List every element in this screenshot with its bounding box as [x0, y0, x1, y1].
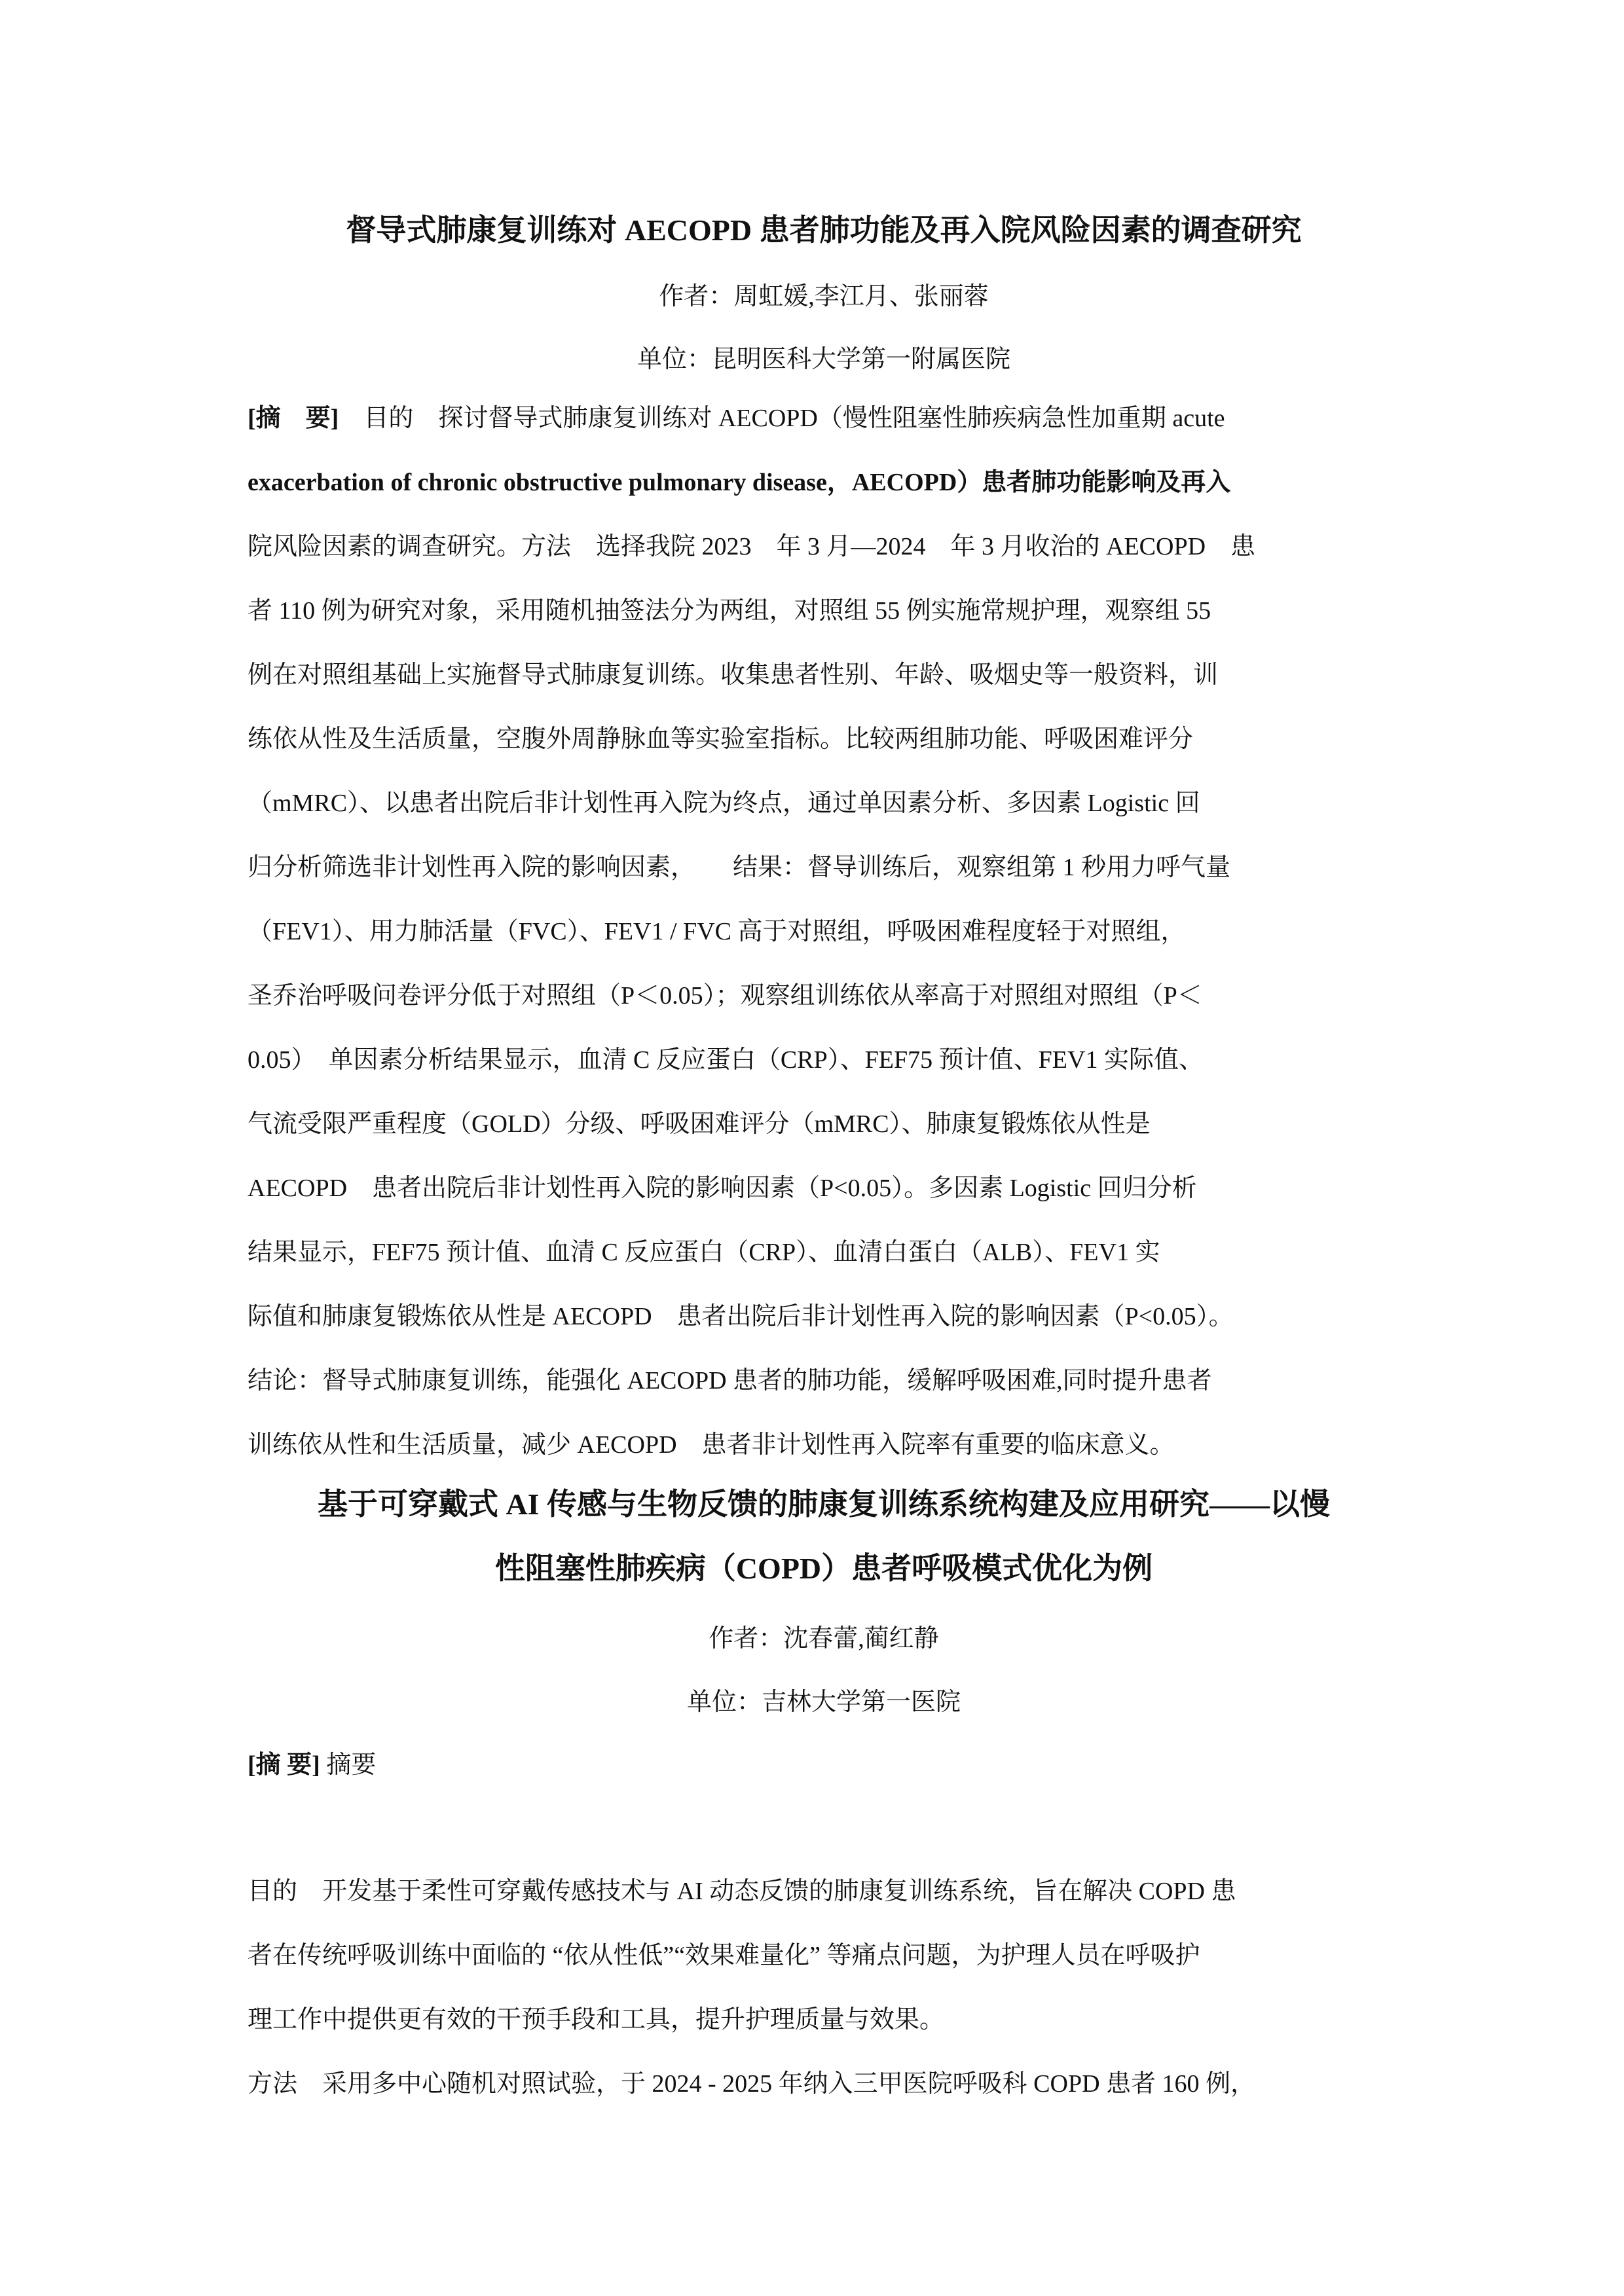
abstract-line: 院风险因素的调查研究。方法 选择我院 2023 年 3 月—2024 年 3 月…: [248, 515, 1401, 579]
paper2-abstract-header: [摘 要] 摘要: [248, 1733, 1401, 1797]
body-line: 者在传统呼吸训练中面临的 “依从性低”“效果难量化” 等痛点问题，为护理人员在呼…: [248, 1923, 1401, 1988]
abstract-line: [摘 要] 目的 探讨督导式肺康复训练对 AECOPD（慢性阻塞性肺疾病急性加重…: [248, 386, 1401, 450]
body-line: 目的 开发基于柔性可穿戴传感技术与 AI 动态反馈的肺康复训练系统，旨在解决 C…: [248, 1859, 1401, 1923]
abstract-line: 归分析筛选非计划性再入院的影响因素， 结果：督导训练后，观察组第 1 秒用力呼气…: [248, 835, 1401, 900]
abstract-line: AECOPD 患者出院后非计划性再入院的影响因素（P<0.05）。多因素 Log…: [248, 1156, 1401, 1220]
paper2-authors: 作者：沈春蕾,蔺红静: [248, 1622, 1400, 1655]
paper2-body: 目的 开发基于柔性可穿戴传感技术与 AI 动态反馈的肺康复训练系统，旨在解决 C…: [248, 1859, 1401, 2116]
abstract-line: 圣乔治呼吸问卷评分低于对照组（P＜0.05）；观察组训练依从率高于对照组对照组（…: [248, 964, 1401, 1028]
paper1-title: 督导式肺康复训练对 AECOPD 患者肺功能及再入院风险因素的调查研究: [248, 211, 1400, 250]
abstract-heading: 摘要: [326, 1751, 376, 1779]
abstract-line: （FEV1）、用力肺活量（FVC）、FEV1 / FVC 高于对照组，呼吸困难程…: [248, 900, 1401, 964]
body-line: 理工作中提供更有效的干预手段和工具，提升护理质量与效果。: [248, 1988, 1401, 2052]
abstract-line: 结论：督导式肺康复训练，能强化 AECOPD 患者的肺功能，缓解呼吸困难,同时提…: [248, 1349, 1401, 1413]
paper2-title-line1: 基于可穿戴式 AI 传感与生物反馈的肺康复训练系统构建及应用研究——以慢: [248, 1485, 1400, 1524]
abstract-label: [摘 要]: [248, 1751, 320, 1779]
abstract-line: 练依从性及生活质量，空腹外周静脉血等实验室指标。比较两组肺功能、呼吸困难评分: [248, 707, 1401, 771]
abstract-line: 0.05） 单因素分析结果显示，血清 C 反应蛋白（CRP）、FEF75 预计值…: [248, 1028, 1401, 1092]
abstract-line: exacerbation of chronic obstructive pulm…: [248, 450, 1401, 515]
abstract-line: 际值和肺康复锻炼依从性是 AECOPD 患者出院后非计划性再入院的影响因素（P<…: [248, 1285, 1401, 1349]
paper1-affiliation: 单位：昆明医科大学第一附属医院: [248, 343, 1400, 376]
paper2-title-line2: 性阻塞性肺疾病（COPD）患者呼吸模式优化为例: [248, 1549, 1400, 1588]
abstract-line: （mMRC）、以患者出院后非计划性再入院为终点，通过单因素分析、多因素 Logi…: [248, 771, 1401, 835]
abstract-label: [摘 要]: [248, 405, 339, 432]
abstract-line: 气流受限严重程度（GOLD）分级、呼吸困难评分（mMRC）、肺康复锻炼依从性是: [248, 1092, 1401, 1156]
abstract-line: 结果显示，FEF75 预计值、血清 C 反应蛋白（CRP）、血清白蛋白（ALB）…: [248, 1220, 1401, 1285]
paper1-authors: 作者：周虹媛,李江月、张丽蓉: [248, 280, 1400, 313]
abstract-line: 训练依从性和生活质量，减少 AECOPD 患者非计划性再入院率有重要的临床意义。: [248, 1413, 1401, 1477]
abstract-line: 例在对照组基础上实施督导式肺康复训练。收集患者性别、年龄、吸烟史等一般资料，训: [248, 643, 1401, 707]
body-line: 方法 采用多中心随机对照试验，于 2024 - 2025 年纳入三甲医院呼吸科 …: [248, 2052, 1401, 2116]
paper2-affiliation: 单位：吉林大学第一医院: [248, 1686, 1400, 1719]
paper1-abstract: [摘 要] 目的 探讨督导式肺康复训练对 AECOPD（慢性阻塞性肺疾病急性加重…: [248, 386, 1401, 1477]
abstract-line: 者 110 例为研究对象，采用随机抽签法分为两组，对照组 55 例实施常规护理，…: [248, 579, 1401, 643]
